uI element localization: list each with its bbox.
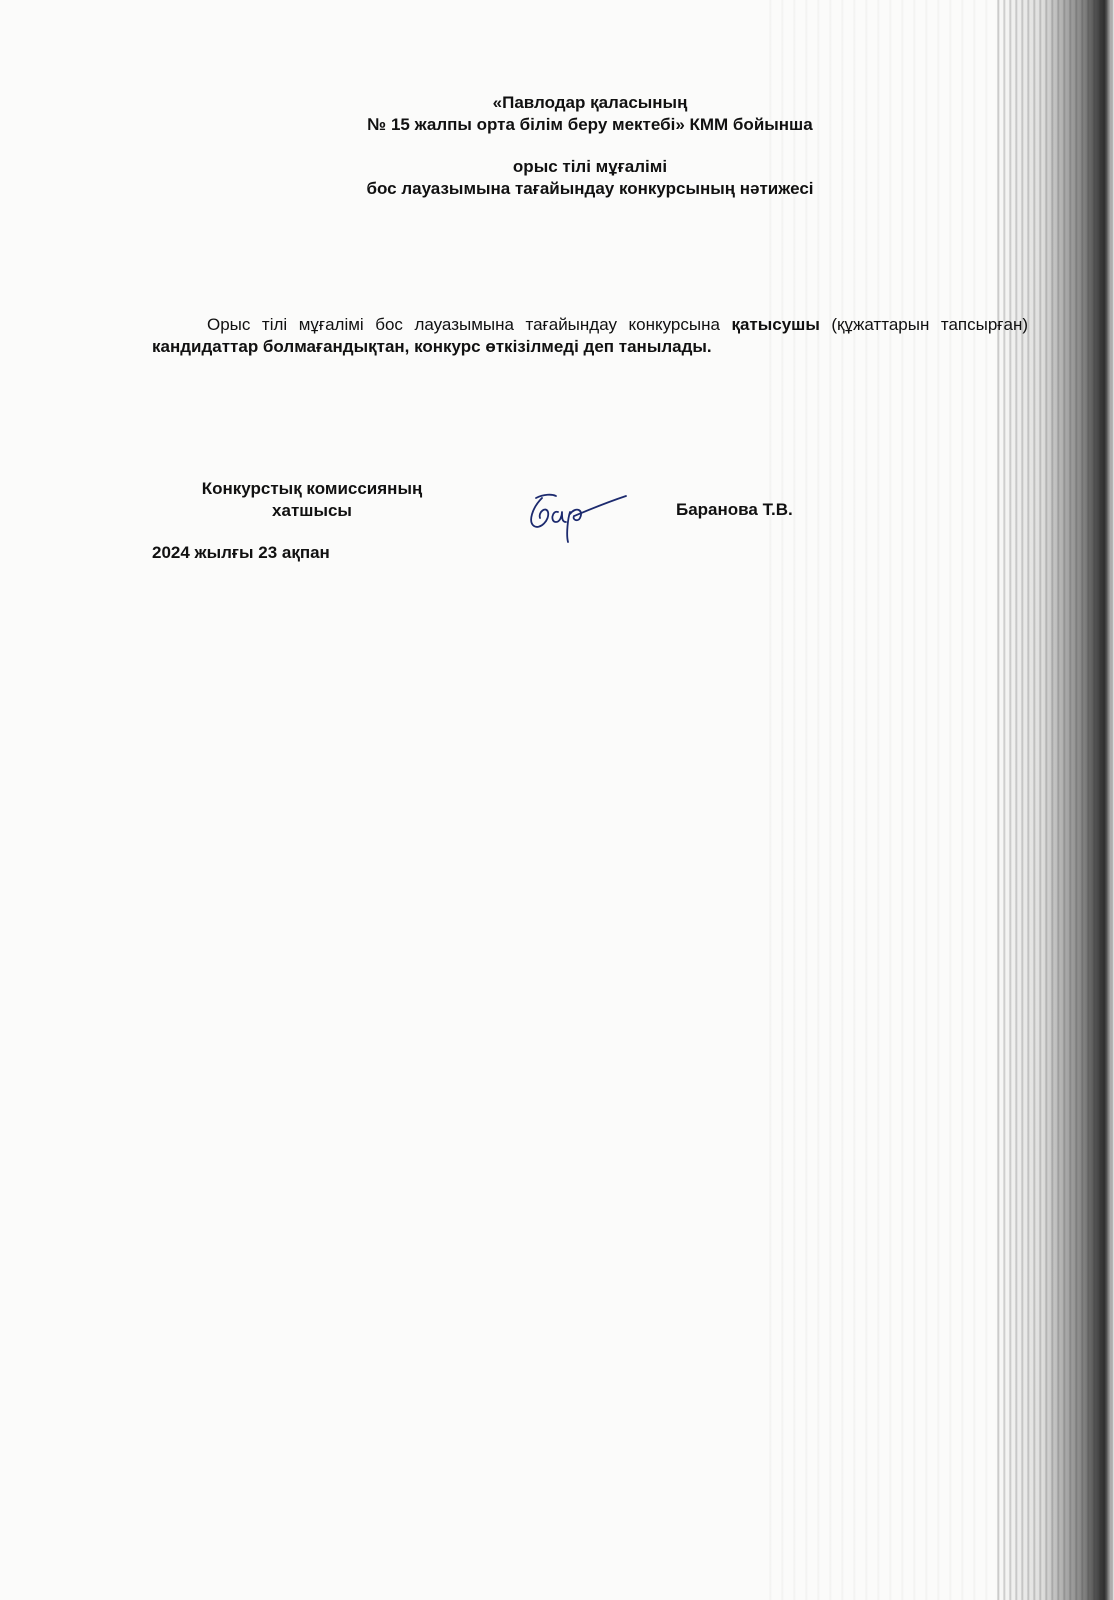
scan-streaks [760,0,1000,1600]
header-line-1: «Павлодар қаласының [300,92,880,114]
role-line-1: Конкурстық комиссияның [172,478,452,500]
header-line-3: орыс тілі мұғалімі [300,156,880,178]
signature-icon [522,486,642,546]
body-text-part-1: Орыс тілі мұғалімі бос лауазымына тағайы… [207,315,731,334]
document-page: «Павлодар қаласының № 15 жалпы орта білі… [0,0,1114,1600]
document-header: «Павлодар қаласының № 15 жалпы орта білі… [300,92,880,200]
scan-edge-shadow [994,0,1114,1600]
document-date: 2024 жылғы 23 ақпан [152,543,330,563]
signatory-name: Баранова Т.В. [676,500,793,520]
header-line-4: бос лауазымына тағайындау конкурсының нә… [300,178,880,200]
signatory-role: Конкурстық комиссияның хатшысы [172,478,452,522]
body-text-part-3: (құжаттарын тапсырған) [820,315,1028,334]
body-paragraph: Орыс тілі мұғалімі бос лауазымына тағайы… [152,314,1028,358]
body-text-part-4: кандидаттар болмағандықтан, конкурс өткі… [152,337,712,356]
header-line-2: № 15 жалпы орта білім беру мектебі» КММ … [300,114,880,136]
role-line-2: хатшысы [172,500,452,522]
body-text-part-2: қатысушы [731,315,819,334]
